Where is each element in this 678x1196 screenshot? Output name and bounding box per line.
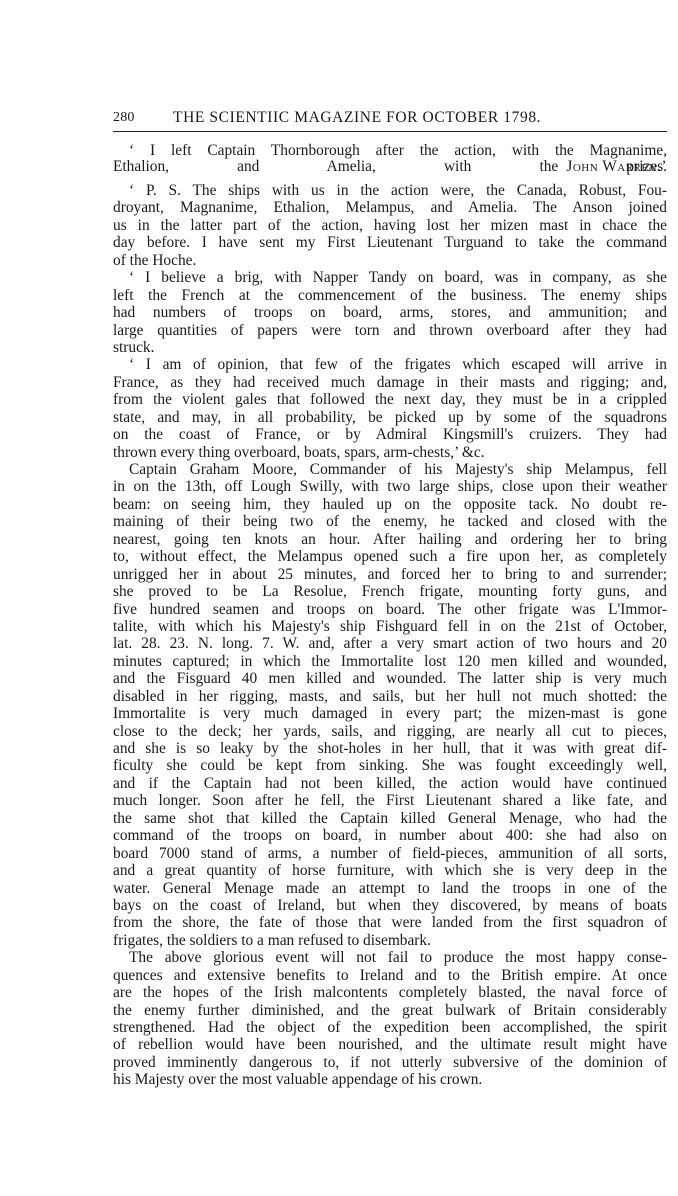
paragraph-line: from the violent gales that followed the… [113,391,667,408]
paragraph-line: command of the troops on board, in numbe… [113,827,667,844]
paragraph-line: The above glorious event will not fail t… [113,949,667,966]
paragraph-line: talite, with which his Majesty's ship Fi… [113,618,667,635]
document-page: 280 THE SCIENTIIC MAGAZINE FOR OCTOBER 1… [0,0,678,1196]
signature: John Warren.’ [566,159,667,175]
paragraph-line: frigates, the soldiers to a man refused … [113,932,667,949]
paragraph-line: had numbers of troops on board, arms, st… [113,304,667,321]
paragraph-line: state, and may, in all probability, be p… [113,409,667,426]
paragraph-line: she proved to be La Resolue, French frig… [113,583,667,600]
paragraph-line: day before. I have sent my First Lieuten… [113,234,667,251]
paragraph-line: ‘ I believe a brig, with Napper Tandy on… [113,269,667,286]
running-head: 280 THE SCIENTIIC MAGAZINE FOR OCTOBER 1… [113,108,667,128]
paragraph-line: and the Fisguard 40 men killed and wound… [113,670,667,687]
paragraph-line: left the French at the commencement of t… [113,287,667,304]
text-line: Ethalion, and Amelia, with the prizes. J… [113,159,667,175]
paragraph-line: to, without effect, the Melampus opened … [113,548,667,565]
article-body: ‘ P. S. The ships with us in the action … [113,182,667,1089]
paragraph-line: droyant, Magnanime, Ethalion, Melampus, … [113,199,667,216]
paragraph-line: Captain Graham Moore, Commander of his M… [113,461,667,478]
paragraph-line: of rebellion would have been nourished, … [113,1036,667,1053]
paragraph-line: quences and extensive benefits to Irelan… [113,967,667,984]
paragraph-line: his Majesty over the most valuable appen… [113,1071,667,1088]
paragraph-line: from the shore, the fate of those that w… [113,914,667,931]
paragraph-line: water. General Menage made an attempt to… [113,880,667,897]
paragraph-line: close to the deck; her yards, sails, and… [113,723,667,740]
paragraph-line: us in the latter part of the action, hav… [113,217,667,234]
paragraph-line: in on the 13th, off Lough Swilly, with t… [113,478,667,495]
paragraph-line: and a great quantity of horse furniture,… [113,862,667,879]
letter-closing: ‘ I left Captain Thornborough after the … [113,143,667,175]
paragraph-line: unrigged her in about 25 minutes, and fo… [113,566,667,583]
paragraph-line: proved imminently dangerous to, if not u… [113,1054,667,1071]
paragraph-line: beam: on seeing him, they hauled up on t… [113,496,667,513]
paragraph-line: ficulty she could be kept from sinking. … [113,757,667,774]
paragraph-line: lat. 28. 23. N. long. 7. W. and, after a… [113,635,667,652]
paragraph-line: large quantities of papers were torn and… [113,322,667,339]
paragraph-line: France, as they had received much damage… [113,374,667,391]
page-title: THE SCIENTIIC MAGAZINE FOR OCTOBER 1798. [173,108,541,128]
paragraph-line: disabled in her rigging, masts, and sail… [113,688,667,705]
paragraph-line: the same shot that killed the Captain ki… [113,810,667,827]
paragraph-line: of the Hoche. [113,252,667,269]
paragraph-line: minutes captured; in which the Immortali… [113,653,667,670]
paragraph-line: board 7000 stand of arms, a number of fi… [113,845,667,862]
paragraph-line: maining of their being two of the enemy,… [113,513,667,530]
paragraph-line: nearest, going ten knots an hour. After … [113,531,667,548]
paragraph-line: are the hopes of the Irish malcontents c… [113,984,667,1001]
paragraph-line: ‘ P. S. The ships with us in the action … [113,182,667,199]
paragraph-line: five hundred seamen and troops on board.… [113,601,667,618]
paragraph-line: thrown every thing overboard, boats, spa… [113,444,667,461]
paragraph-line: and if the Captain had not been killed, … [113,775,667,792]
page-number: 280 [113,108,135,128]
paragraph-line: struck. [113,339,667,356]
paragraph-line: and she is so leaky by the shot-holes in… [113,740,667,757]
header-rule [113,131,667,132]
paragraph-line: on the coast of France, or by Admiral Ki… [113,426,667,443]
paragraph-line: Immortalite is very much damaged in ever… [113,705,667,722]
paragraph-line: bays on the coast of Ireland, but when t… [113,897,667,914]
text-line: ‘ I left Captain Thornborough after the … [113,143,667,159]
paragraph-line: the enemy further diminished, and the gr… [113,1002,667,1019]
paragraph-line: strengthened. Had the object of the expe… [113,1019,667,1036]
paragraph-line: ‘ I am of opinion, that few of the friga… [113,356,667,373]
paragraph-line: much longer. Soon after he fell, the Fir… [113,792,667,809]
